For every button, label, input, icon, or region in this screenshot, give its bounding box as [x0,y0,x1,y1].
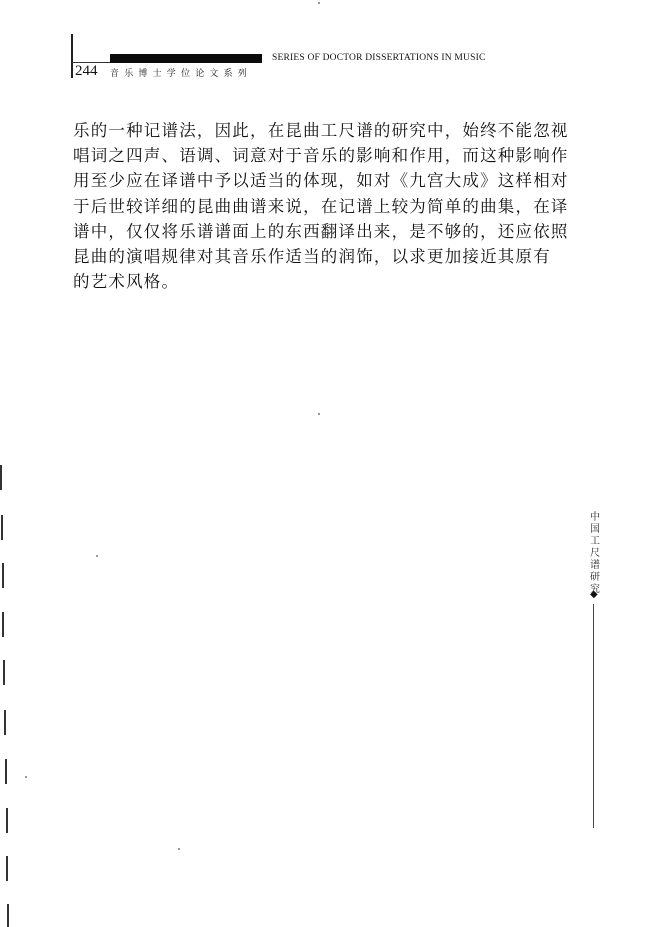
scan-speck [25,776,27,778]
page-number: 244 [75,63,98,80]
series-title-english: SERIES OF DOCTOR DISSERTATIONS IN MUSIC [272,53,485,63]
text-line: 乐的一种记谱法，因此，在昆曲工尺谱的研究中，始终不能忽视 [73,118,595,143]
text-line: 用至少应在译谱中予以适当的体现，如对《九宫大成》这样相对 [73,168,595,193]
text-line: 昆曲的演唱规律对其音乐作适当的润饰，以求更加接近其原有 [73,244,595,269]
text-line: 的艺术风格。 [73,269,595,294]
diamond-icon: ◆ [590,589,598,600]
text-line: 唱词之四声、语调、词意对于音乐的影响和作用，而这种影响作 [73,143,595,168]
side-vertical-rule [593,604,594,828]
scan-edge-mark [6,808,8,833]
header-black-bar [110,54,262,63]
scan-speck [96,555,98,557]
scan-edge-mark [2,563,4,588]
scan-edge-mark [7,904,9,927]
text-line: 谱中，仅仅将乐谱谱面上的东西翻译出来，是不够的，还应依照 [73,219,595,244]
scan-speck [178,848,180,850]
scan-edge-mark [5,759,7,784]
scan-edge-mark [6,856,8,881]
scan-speck [318,413,320,415]
header-vertical-rule [71,34,73,78]
body-paragraph: 乐的一种记谱法，因此，在昆曲工尺谱的研究中，始终不能忽视 唱词之四声、语调、词意… [73,118,595,294]
text-line: 于后世较详细的昆曲曲谱来说，在记谱上较为简单的曲集，在译 [73,194,595,219]
scan-edge-mark [2,612,4,637]
scan-edge-mark [3,660,5,685]
scan-edge-mark [0,465,2,490]
scan-speck [318,2,320,4]
series-title-chinese: 音乐博士学位论文系列 [110,66,252,79]
side-running-title: 中国工尺谱研究 [588,512,602,596]
scan-edge-mark [1,515,3,540]
scan-edge-mark [4,710,6,735]
